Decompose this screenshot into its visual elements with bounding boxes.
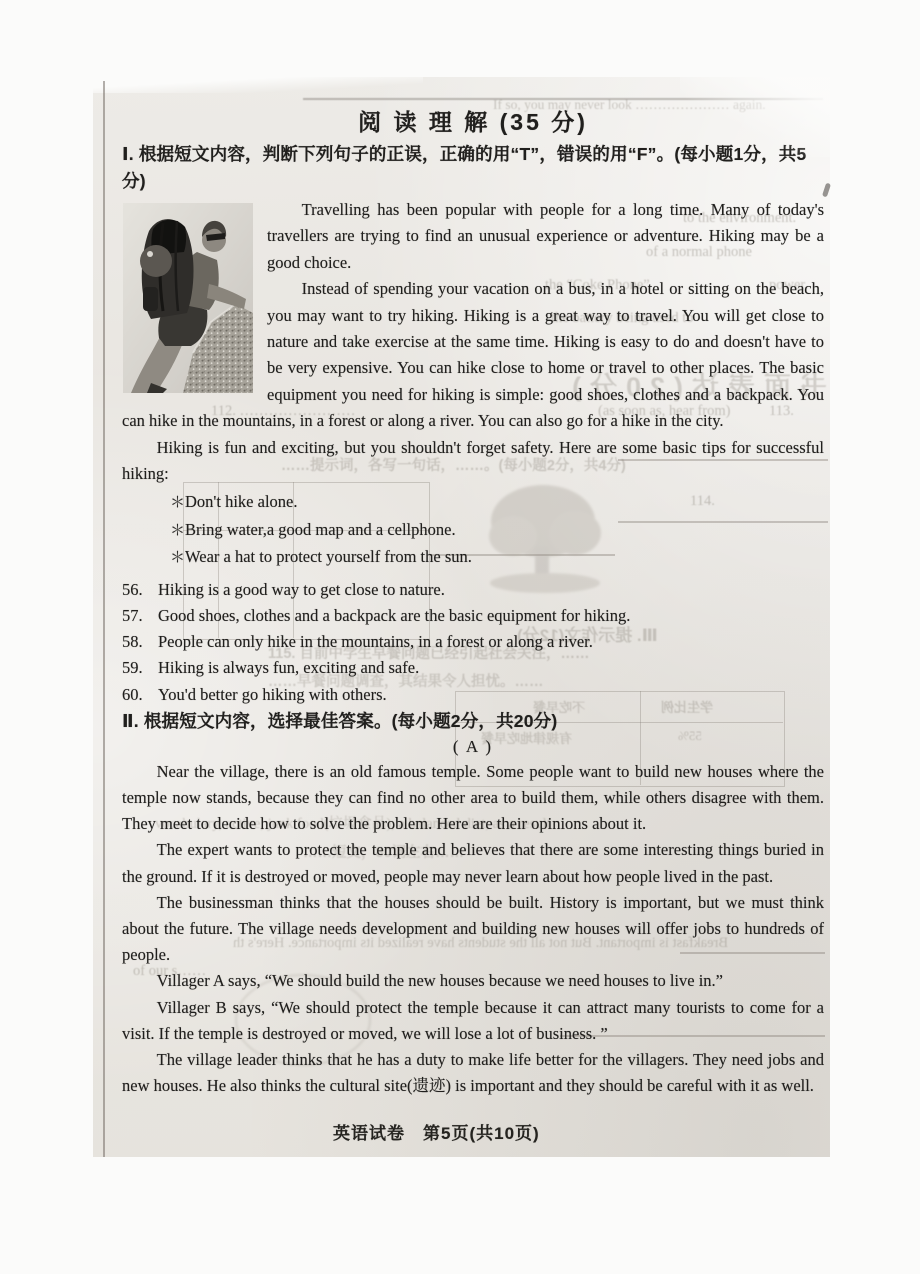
page-content: 阅 读 理 解 (35 分) Ⅰ. 根据短文内容，判断下列句子的正误，正确的用“… [122,107,824,1099]
tip-text: Bring water,a good map and a cellphone. [185,520,456,539]
question-item: 59.Hiking is always fun, exciting and sa… [122,655,824,681]
scanned-exam-page: If so, you may never look ………………… again.… [93,77,830,1157]
question-text: You'd better go hiking with others. [158,685,387,704]
question-item: 60.You'd better go hiking with others. [122,682,824,708]
passage-a-label: ( A ) [122,735,824,759]
question-number: 59. [122,655,158,681]
passage-paragraph: Villager B says, “We should protect the … [122,995,824,1047]
question-item: 58.People can only hike in the mountains… [122,629,824,655]
question-text: Good shoes, clothes and a backpack are t… [158,606,630,625]
tip-text: Wear a hat to protect yourself from the … [185,547,472,566]
question-number: 58. [122,629,158,655]
asterisk-bullet: ＊ [170,546,185,571]
tip-item: ＊Don't hike alone. [170,489,824,516]
tip-text: Don't hike alone. [185,492,298,511]
section1-header: Ⅰ. 根据短文内容，判断下列句子的正误，正确的用“T”，错误的用“F”。(每小题… [122,141,824,195]
passage-paragraph: Hiking is fun and exciting, but you shou… [122,435,824,488]
scan-edge-line [103,81,105,1157]
passage-paragraph: Villager A says, “We should build the ne… [122,968,824,994]
tip-item: ＊Bring water,a good map and a cellphone. [170,517,824,544]
section1-passage: Travelling has been popular with people … [122,197,824,708]
question-text: Hiking is a good way to get close to nat… [158,580,445,599]
passage-paragraph: The businessman thinks that the houses s… [122,890,824,969]
page-top-edge-line [303,98,823,100]
footer-page-number: 英语试卷 第5页(共10页) [333,1119,540,1144]
question-item: 56.Hiking is a good way to get close to … [122,577,824,603]
passage-a: Near the village, there is an old famous… [122,759,824,1100]
question-text: People can only hike in the mountains, i… [158,632,593,651]
tip-item: ＊Wear a hat to protect yourself from the… [170,544,824,571]
questions-list: 56.Hiking is a good way to get close to … [122,577,824,708]
asterisk-bullet: ＊ [170,491,185,516]
hiker-photo [123,203,253,393]
asterisk-bullet: ＊ [170,519,185,544]
page-title: 阅 读 理 解 (35 分) [122,107,824,137]
passage-paragraph: Near the village, there is an old famous… [122,759,824,838]
question-text: Hiking is always fun, exciting and safe. [158,658,419,677]
passage-paragraph: The expert wants to protect the temple a… [122,837,824,889]
question-item: 57.Good shoes, clothes and a backpack ar… [122,603,824,629]
tips-list: ＊Don't hike alone. ＊Bring water,a good m… [170,489,824,571]
screenshot-root: { "doc": { "title": "阅 读 理 解 (35 分)", "f… [0,0,920,1274]
hiker-photo-illustration [123,203,253,393]
question-number: 57. [122,603,158,629]
passage-paragraph: The village leader thinks that he has a … [122,1047,824,1099]
question-number: 60. [122,682,158,708]
question-number: 56. [122,577,158,603]
section2-header: Ⅱ. 根据短文内容，选择最佳答案。(每小题2分，共20分) [122,708,824,735]
